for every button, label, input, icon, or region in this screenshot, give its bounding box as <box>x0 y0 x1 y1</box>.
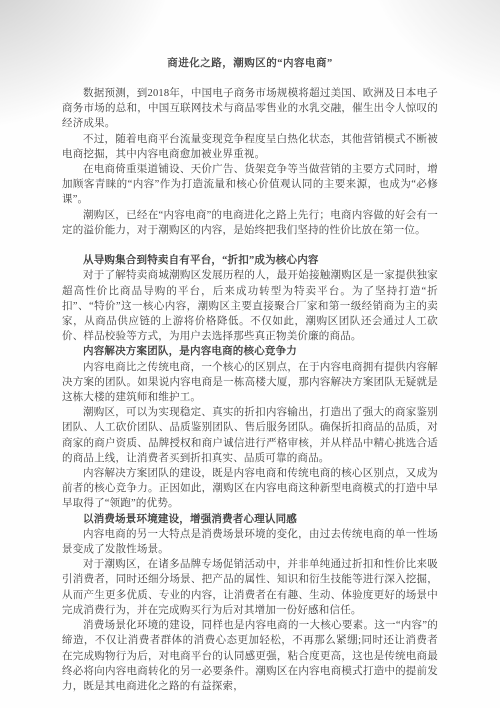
paragraph: 内容解决方案团队的建设，既是内容电商和传统电商的核心区别点，又成为前者的核心竞争… <box>62 466 438 512</box>
doc-title: 商进化之路，潮购区的“内容电商” <box>62 56 438 71</box>
paragraph: 内容电商的另一大特点是消费场景环境的变化，由过去传统电商的单一性场景变成了发散性… <box>62 527 438 557</box>
document-body: 商进化之路，潮购区的“内容电商” 数据预测，到2018年，中国电子商务市场规模将… <box>62 56 438 694</box>
paragraph: 对于潮购区，在诸多品牌专场促销活动中，并非单纯通过折扣和性价比来吸引消费者，同时… <box>62 557 438 618</box>
paragraph: 在电商倚重渠道铺设、天价广告、货架竞争等当做营销的主要方式同时，增加顾客青睐的“… <box>62 162 438 208</box>
paragraph: 消费场景化环境的建设，同样也是内容电商的一大核心要素。这一“内容”的缔造，不仅让… <box>62 618 438 694</box>
paragraph: 不过，随着电商平台流量变现竞争程度呈白热化状态，其他营销模式不断被电商挖掘，其中… <box>62 132 438 162</box>
paragraph: 内容电商比之传统电商，一个核心的区别点，在于内容电商拥有提供内容解决方案的团队。… <box>62 360 438 406</box>
paragraph: 潮购区，已经在“内容电商”的电商进化之路上先行；电商内容做的好会有一定的溢价能力… <box>62 208 438 238</box>
paragraph: 对于了解特卖商城潮购区发展历程的人，最开始接触潮购区是一家提供独家超高性价比商品… <box>62 268 438 344</box>
document-page: 商进化之路，潮购区的“内容电商” 数据预测，到2018年，中国电子商务市场规模将… <box>0 0 500 708</box>
paragraph: 潮购区，可以为实现稳定、真实的折扣内容输出，打造出了强大的商家鉴别团队、人工砍价… <box>62 405 438 466</box>
section-heading: 以消费场景环境建设，增强消费者心理认同感 <box>62 512 438 527</box>
section-heading: 从导购集合到特卖自有平台，“折扣”成为核心内容 <box>62 253 438 268</box>
section-heading: 内容解决方案团队，是内容电商的核心竞争力 <box>62 344 438 359</box>
paragraph: 数据预测，到2018年，中国电子商务市场规模将超过美国、欧洲及日本电子商务市场的… <box>62 86 438 132</box>
